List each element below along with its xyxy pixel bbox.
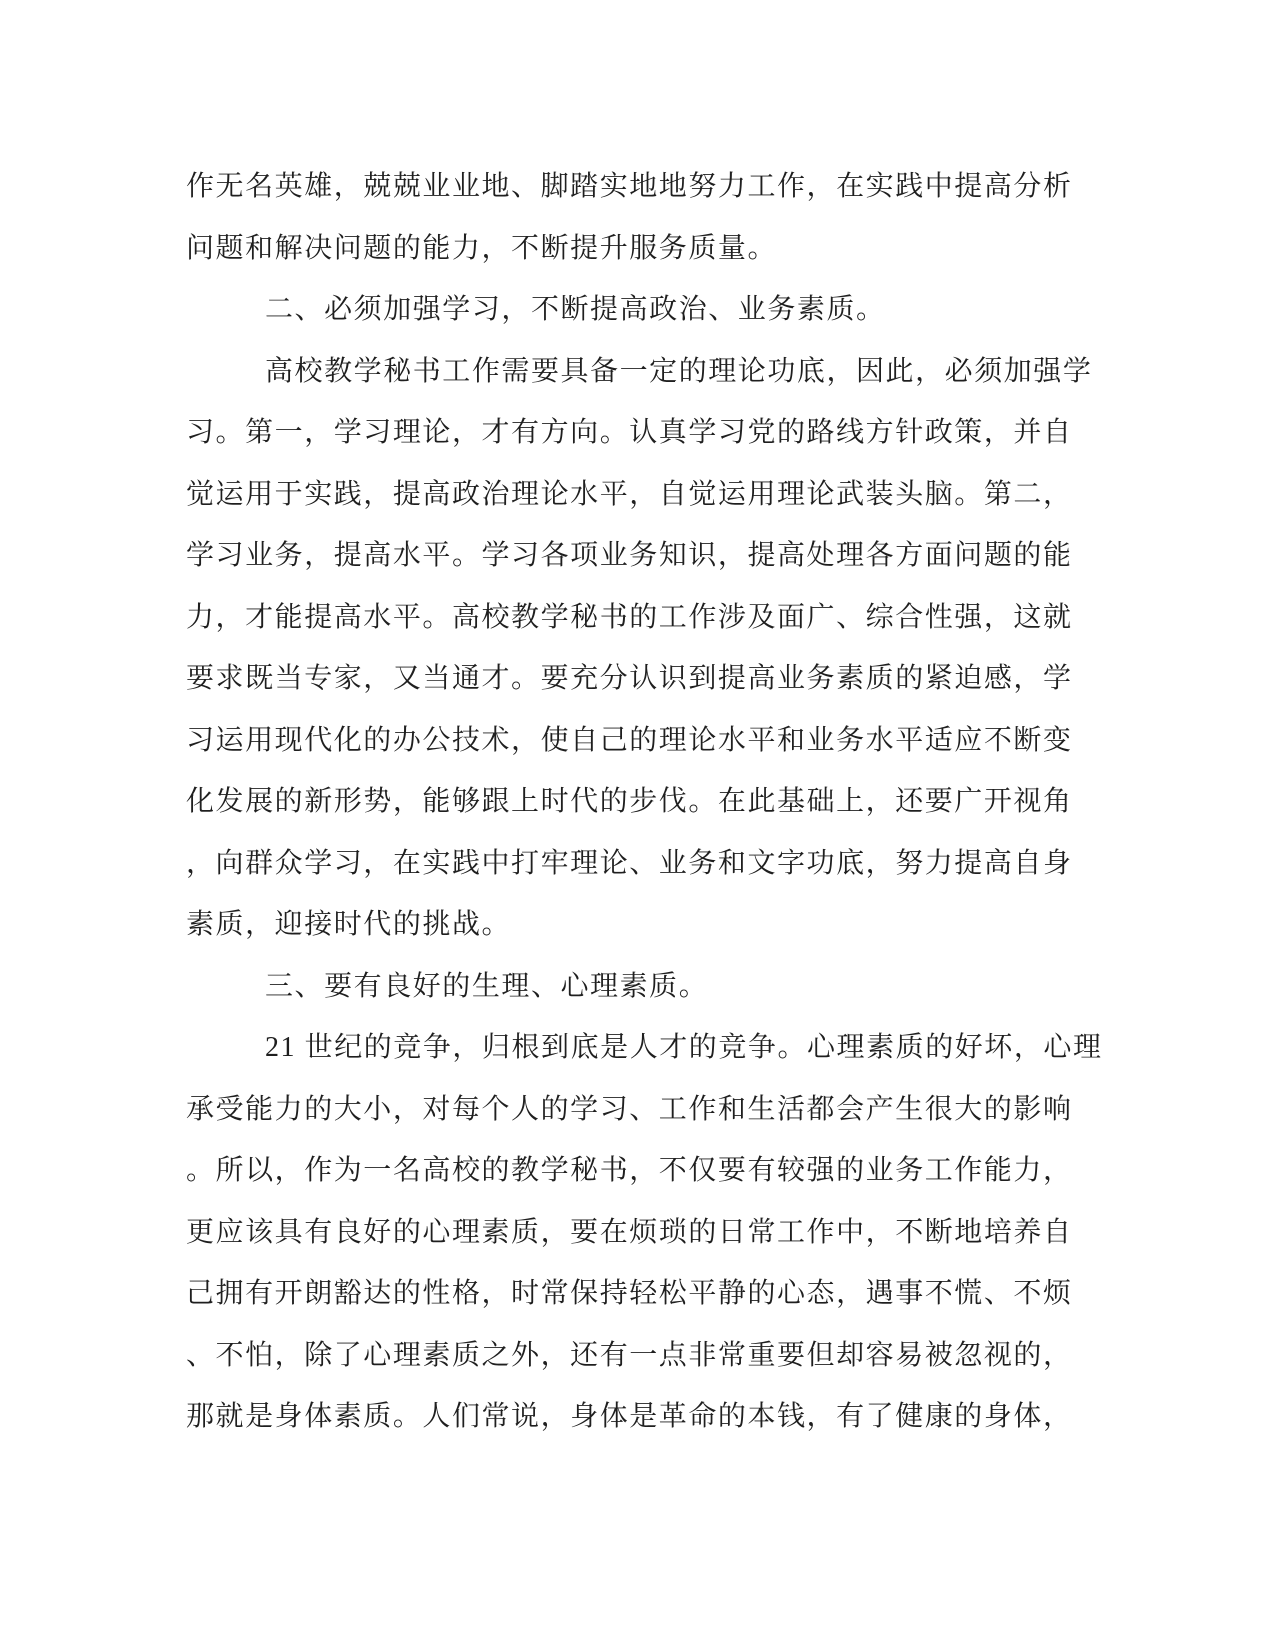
text-line: 问题和解决问题的能力，不断提升服务质量。	[186, 218, 1086, 280]
text-block: 作无名英雄，兢兢业业地、脚踏实地地努力工作，在实践中提高分析 问题和解决问题的能…	[186, 156, 1086, 1448]
text-line: 力，才能提高水平。高校教学秘书的工作涉及面广、综合性强，这就	[186, 587, 1086, 649]
text-line: 承受能力的大小，对每个人的学习、工作和生活都会产生很大的影响	[186, 1079, 1086, 1141]
text-line: 学习业务，提高水平。学习各项业务知识，提高处理各方面问题的能	[186, 525, 1086, 587]
document-page: 作无名英雄，兢兢业业地、脚踏实地地努力工作，在实践中提高分析 问题和解决问题的能…	[0, 0, 1275, 1650]
text-line: 习。第一，学习理论，才有方向。认真学习党的路线方针政策，并自	[186, 402, 1086, 464]
section-heading-2: 二、必须加强学习，不断提高政治、业务素质。	[186, 279, 1086, 341]
text-line: ，向群众学习，在实践中打牢理论、业务和文字功底，努力提高自身	[186, 833, 1086, 895]
text-line: 己拥有开朗豁达的性格，时常保持轻松平静的心态，遇事不慌、不烦	[186, 1263, 1086, 1325]
text-line: 21 世纪的竞争，归根到底是人才的竞争。心理素质的好坏，心理	[186, 1017, 1086, 1079]
text-line: 要求既当专家，又当通才。要充分认识到提高业务素质的紧迫感，学	[186, 648, 1086, 710]
text-line: 那就是身体素质。人们常说，身体是革命的本钱，有了健康的身体，	[186, 1386, 1086, 1448]
text-line: 素质，迎接时代的挑战。	[186, 894, 1086, 956]
text-line: 。所以，作为一名高校的教学秘书，不仅要有较强的业务工作能力，	[186, 1140, 1086, 1202]
text-line: 更应该具有良好的心理素质，要在烦琐的日常工作中，不断地培养自	[186, 1202, 1086, 1264]
text-line: 觉运用于实践，提高政治理论水平，自觉运用理论武装头脑。第二，	[186, 464, 1086, 526]
text-line: 高校教学秘书工作需要具备一定的理论功底，因此，必须加强学	[186, 341, 1086, 403]
text-line: 化发展的新形势，能够跟上时代的步伐。在此基础上，还要广开视角	[186, 771, 1086, 833]
text-line: 、不怕，除了心理素质之外，还有一点非常重要但却容易被忽视的，	[186, 1325, 1086, 1387]
text-line: 习运用现代化的办公技术，使自己的理论水平和业务水平适应不断变	[186, 710, 1086, 772]
text-line: 作无名英雄，兢兢业业地、脚踏实地地努力工作，在实践中提高分析	[186, 156, 1086, 218]
section-heading-3: 三、要有良好的生理、心理素质。	[186, 956, 1086, 1018]
